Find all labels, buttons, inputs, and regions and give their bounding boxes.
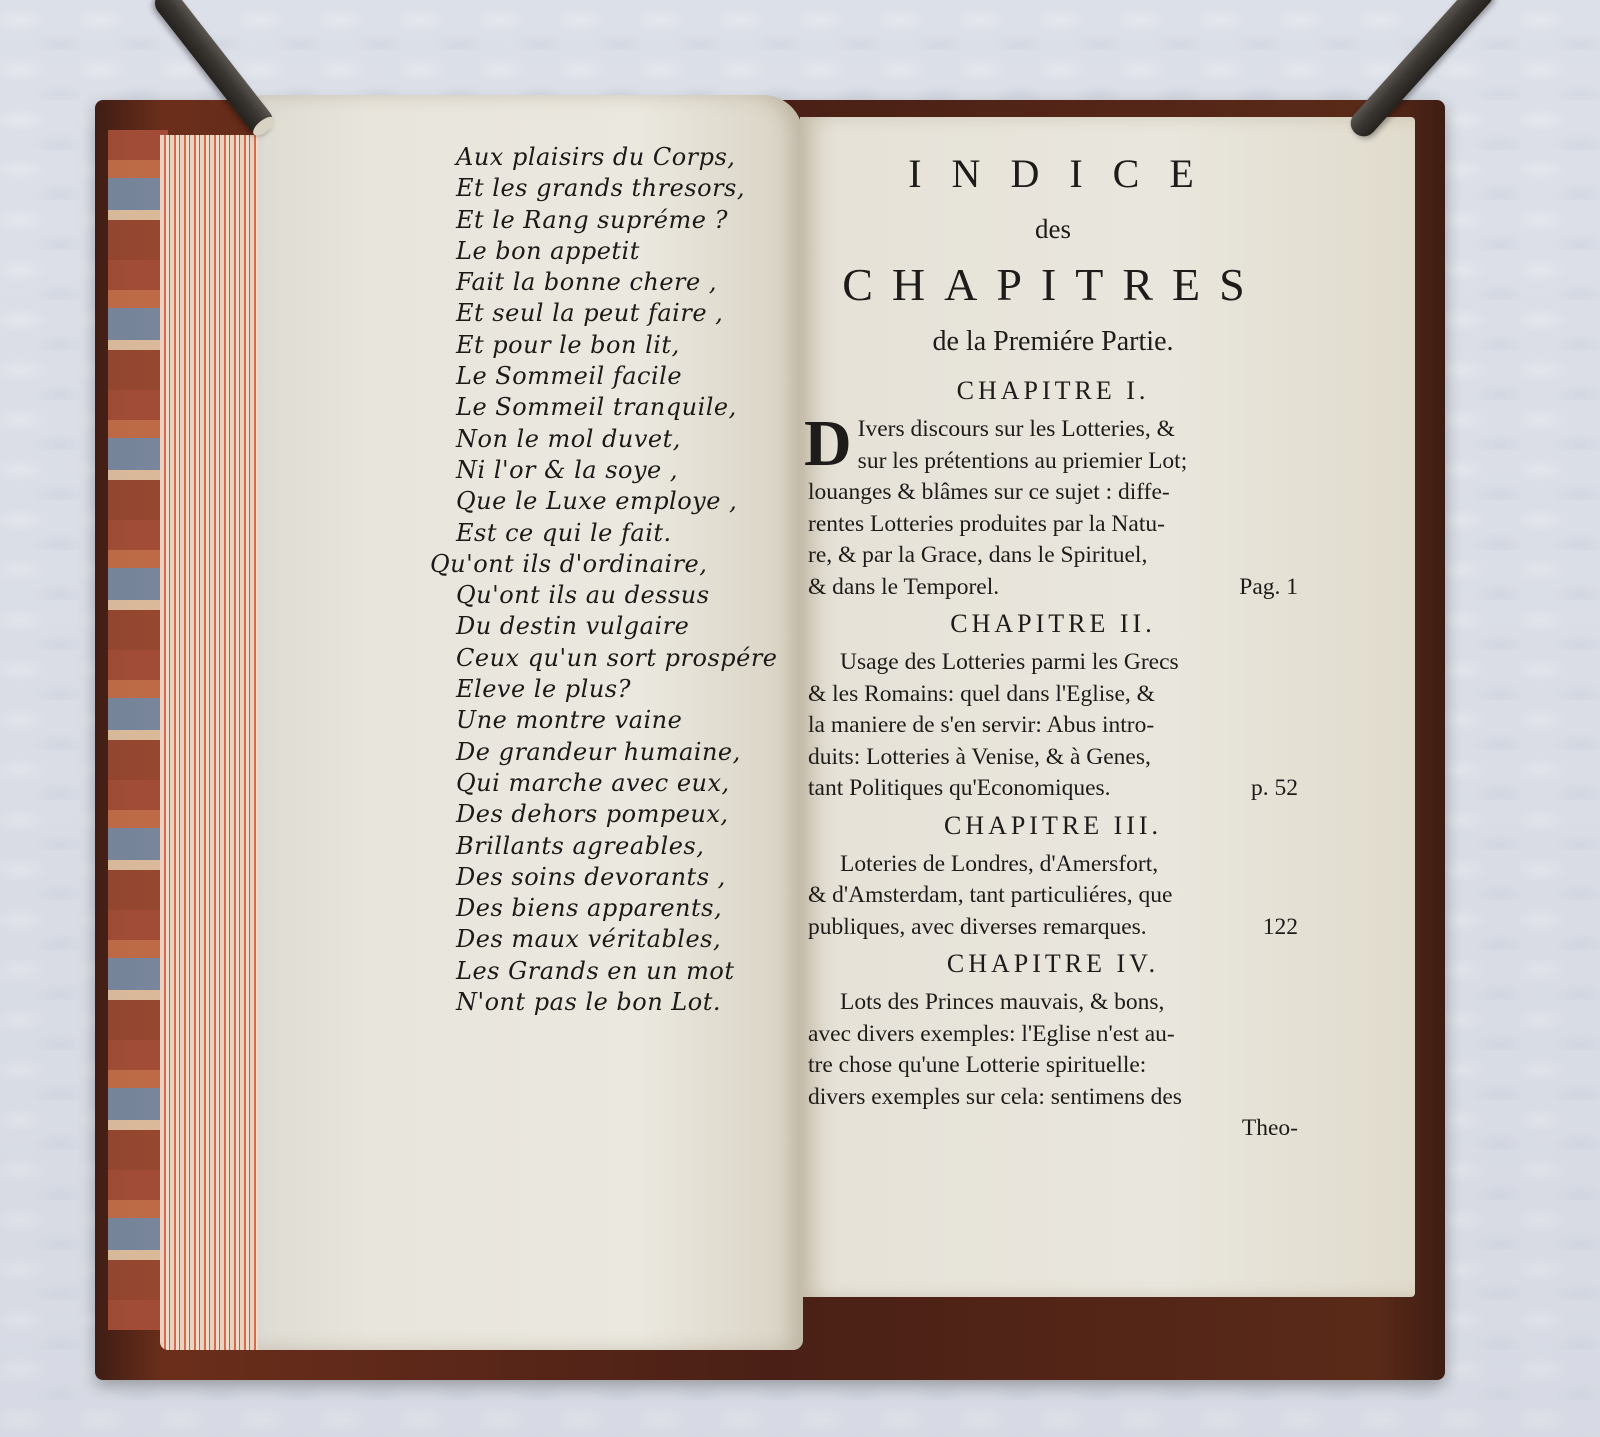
poem-line: Les Grands en un mot: [430, 956, 790, 987]
summary-line: la maniere de s'en servir: Abus intro-: [808, 710, 1298, 742]
poem-line: Qu'ont ils d'ordinaire,: [430, 549, 790, 580]
chapter-heading: CHAPITRE I.: [808, 376, 1298, 414]
page-reference: 122: [1263, 912, 1298, 944]
poem-line: Et pour le bon lit,: [430, 330, 790, 361]
chapter-heading: CHAPITRE II.: [808, 609, 1298, 647]
poem-line: Ceux qu'un sort prospére: [430, 643, 790, 674]
page-reference: p. 52: [1251, 773, 1298, 805]
red-page-edges: [160, 135, 260, 1350]
chapter-summary: Usage des Lotteries parmi les Grecs& les…: [808, 647, 1298, 805]
drop-cap: D: [804, 416, 852, 472]
poem-line: Et le Rang supréme ?: [430, 205, 790, 236]
summary-line: Lots des Princes mauvais, & bons,: [808, 987, 1298, 1019]
chapter-summary: Loteries de Londres, d'Amersfort,& d'Ams…: [808, 849, 1298, 944]
title-des: des: [808, 214, 1298, 254]
poem-line: Aux plaisirs du Corps,: [430, 142, 790, 173]
poem-line: Des dehors pompeux,: [430, 799, 790, 830]
summary-line: & les Romains: quel dans l'Eglise, &: [808, 679, 1298, 711]
page-reference: Pag. 1: [1239, 572, 1298, 604]
summary-line: tre chose qu'une Lotterie spirituelle:: [808, 1050, 1298, 1082]
summary-line: sur les prétentions au priemier Lot;: [808, 446, 1298, 478]
poem-line: Qu'ont ils au dessus: [430, 580, 790, 611]
poem-line: N'ont pas le bon Lot.: [430, 987, 790, 1018]
summary-line: duits: Lotteries à Venise, & à Genes,: [808, 742, 1298, 774]
summary-line: Usage des Lotteries parmi les Grecs: [808, 647, 1298, 679]
poem-line: Fait la bonne chere ,: [430, 267, 790, 298]
title-chapitres: CHAPITRES: [808, 258, 1298, 316]
poem-line: Du destin vulgaire: [430, 611, 790, 642]
poem-line: Ni l'or & la soye ,: [430, 455, 790, 486]
summary-line: tant Politiques qu'Economiques.p. 52: [808, 773, 1298, 805]
poem-line: Brillants agreables,: [430, 831, 790, 862]
catchword: Theo-: [808, 1113, 1298, 1145]
poem-line: Que le Luxe employe ,: [430, 486, 790, 517]
summary-line: Loteries de Londres, d'Amersfort,: [808, 849, 1298, 881]
poem-line: Eleve le plus?: [430, 674, 790, 705]
poem-line: Le bon appetit: [430, 236, 790, 267]
summary-line: & d'Amsterdam, tant particuliéres, que: [808, 880, 1298, 912]
summary-line: rentes Lotteries produites par la Natu-: [808, 509, 1298, 541]
chapter-summary: DIvers discours sur les Lotteries, &sur …: [808, 414, 1298, 603]
chapter-summary: Lots des Princes mauvais, & bons,avec di…: [808, 987, 1298, 1145]
summary-line: divers exemples sur cela: sentimens des: [808, 1082, 1298, 1114]
poem-line: Le Sommeil facile: [430, 361, 790, 392]
summary-line: louanges & blâmes sur ce sujet : diffe-: [808, 477, 1298, 509]
title-indice: INDICE: [808, 150, 1298, 202]
poem-line: Le Sommeil tranquile,: [430, 392, 790, 423]
summary-line: avec divers exemples: l'Eglise n'est au-: [808, 1019, 1298, 1051]
summary-line: publiques, avec diverses remarques.122: [808, 912, 1298, 944]
poem-line: Et seul la peut faire ,: [430, 298, 790, 329]
title-partie: de la Premiére Partie.: [808, 326, 1298, 376]
marbled-endpaper: [108, 130, 168, 1330]
poem-line: Des soins devorants ,: [430, 862, 790, 893]
poem-line: De grandeur humaine,: [430, 737, 790, 768]
summary-line: re, & par la Grace, dans le Spirituel,: [808, 540, 1298, 572]
poem-line: Qui marche avec eux,: [430, 768, 790, 799]
poem-line: Une montre vaine: [430, 705, 790, 736]
summary-line: Ivers discours sur les Lotteries, &: [808, 414, 1298, 446]
chapter-list: CHAPITRE I.DIvers discours sur les Lotte…: [808, 376, 1298, 1145]
poem-text: Aux plaisirs du Corps,Et les grands thre…: [430, 142, 790, 1018]
chapter-index: INDICE des CHAPITRES de la Premiére Part…: [808, 150, 1298, 1151]
summary-line: & dans le Temporel.Pag. 1: [808, 572, 1298, 604]
chapter-heading: CHAPITRE III.: [808, 811, 1298, 849]
chapter-heading: CHAPITRE IV.: [808, 949, 1298, 987]
poem-line: Des biens apparents,: [430, 893, 790, 924]
poem-line: Non le mol duvet,: [430, 424, 790, 455]
poem-line: Est ce qui le fait.: [430, 518, 790, 549]
poem-line: Et les grands thresors,: [430, 173, 790, 204]
poem-line: Des maux véritables,: [430, 924, 790, 955]
